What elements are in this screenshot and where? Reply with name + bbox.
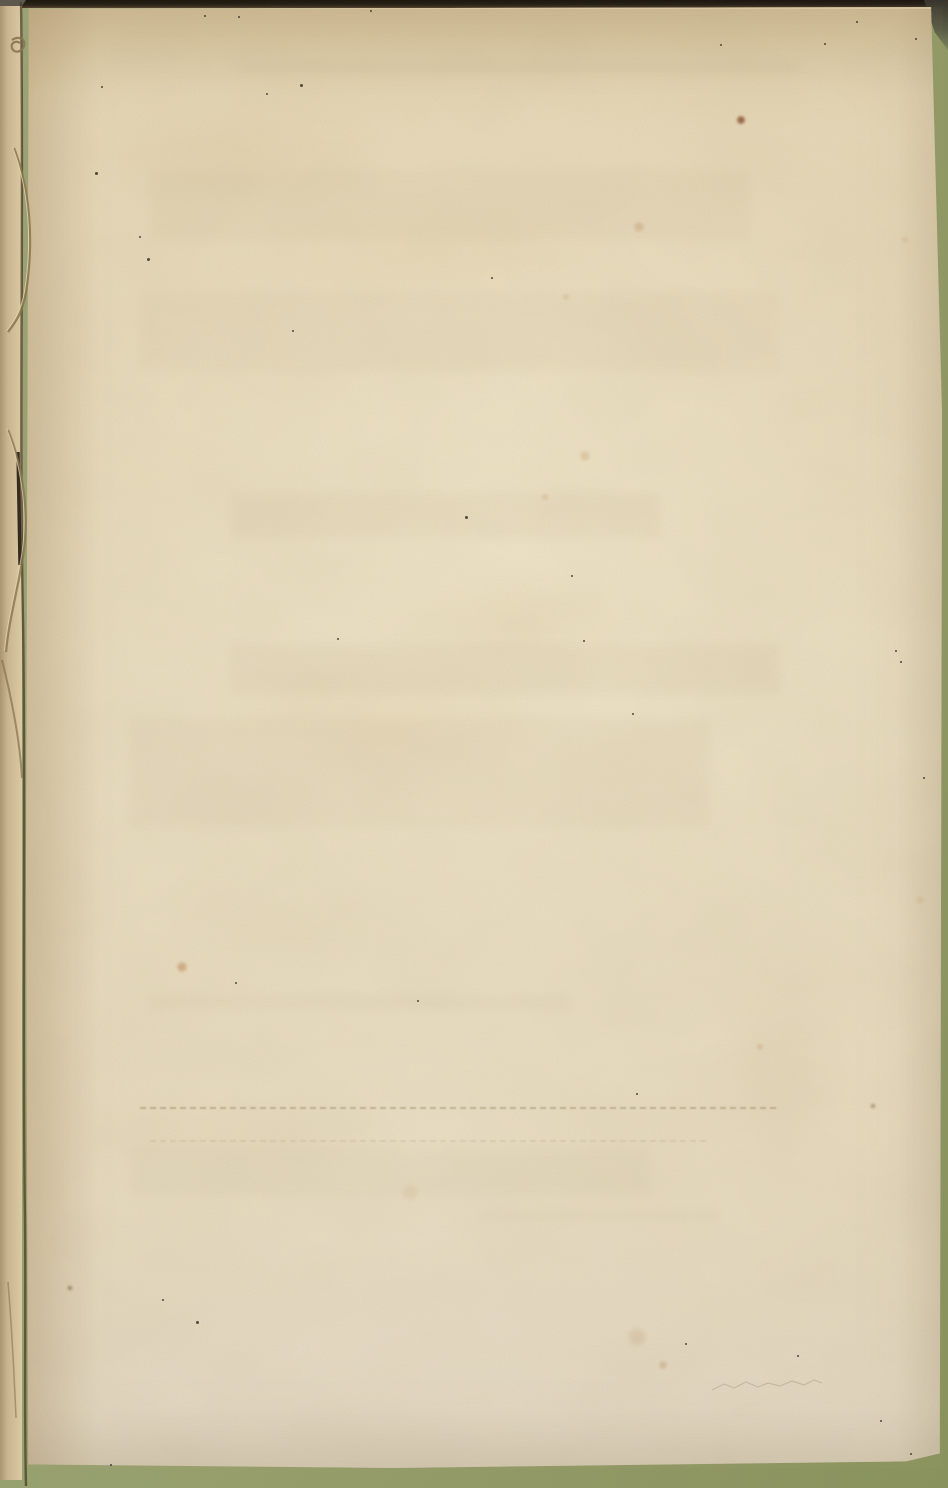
pencil-scribble (710, 1374, 840, 1402)
ink-speck (95, 172, 98, 175)
ink-speck (292, 330, 294, 332)
scanner-bed-background (0, 0, 948, 1488)
scanned-page-image (0, 0, 948, 1488)
foxing-spot (633, 221, 645, 233)
ghost-text-band (140, 292, 780, 372)
ink-speck (900, 661, 902, 663)
ghost-text-band (150, 995, 570, 1009)
ink-speck (204, 15, 206, 17)
foxing-spot (67, 1285, 73, 1291)
ink-speck (162, 1299, 164, 1301)
ink-speck (685, 1343, 687, 1345)
foxing-spot (541, 493, 549, 501)
ink-speck (417, 1000, 419, 1002)
ink-speck (147, 258, 150, 261)
ink-speck (337, 638, 339, 640)
foxing-spot (756, 1043, 764, 1051)
ghost-rule-line (140, 1107, 780, 1109)
paper-stain (720, 950, 860, 1170)
ink-speck (300, 84, 303, 87)
paper-stain (470, 1140, 730, 1220)
ink-speck (196, 1321, 199, 1324)
binding-thread-knot-icon (12, 38, 25, 52)
ghost-text-band (230, 492, 660, 538)
ink-speck (632, 713, 634, 715)
gutter-crease-dark-segment (18, 452, 20, 565)
pencil-scribble-stroke (712, 1380, 822, 1390)
foxing-spot (176, 961, 188, 973)
binding-thread-diagonal (2, 660, 22, 778)
ghost-text-band (480, 1210, 720, 1222)
foxing-spot (579, 450, 591, 462)
foxing-spot (400, 1182, 420, 1202)
ink-speck (895, 650, 897, 652)
ink-speck (101, 86, 103, 88)
binding-thread-upper-loop-highlight (7, 147, 29, 331)
foxing-spot (901, 236, 909, 244)
binding-thread-upper-loop (8, 148, 30, 332)
ink-speck (571, 575, 573, 577)
blank-page (26, 7, 943, 1468)
binding-stub (0, 6, 22, 1480)
ghost-text-band (130, 718, 710, 828)
ink-speck (910, 1453, 912, 1455)
paper-stain (210, 645, 550, 795)
ink-speck (583, 640, 585, 642)
paper-stain (80, 95, 400, 205)
ink-speck (465, 516, 468, 519)
paper-grain-texture (0, 0, 948, 1488)
ghost-text-band (230, 644, 780, 694)
ghost-rule-line (150, 1140, 710, 1142)
ink-speck (880, 1420, 882, 1422)
foxing-spot (562, 293, 570, 301)
ink-speck (110, 1464, 112, 1466)
paper-stain (170, 885, 430, 975)
paper-stain (240, 195, 620, 305)
ink-speck (139, 236, 141, 238)
paper-stain (450, 440, 630, 500)
foxing-spot (736, 115, 746, 125)
ink-speck (923, 777, 925, 779)
binding-gutter (0, 0, 46, 1488)
ink-speck (720, 44, 722, 46)
top-right-cover-corner (924, 0, 948, 50)
ink-speck (636, 1093, 638, 1095)
ink-speck (856, 21, 858, 23)
binding-thread-mid-loop (6, 430, 26, 652)
foxing-spot (870, 1103, 876, 1109)
ink-speck (235, 982, 237, 984)
ghost-text-band (150, 170, 750, 240)
gutter-crease-line (21, 2, 26, 1486)
book-top-edge (0, 0, 948, 8)
paper-stain (360, 575, 680, 665)
foxing-spot (626, 1326, 648, 1348)
foxing-spot (658, 1360, 668, 1370)
binding-thread-mid-loop-highlight (5, 429, 25, 651)
paper-stain (60, 1090, 400, 1170)
ink-speck (491, 277, 493, 279)
foxing-spot (915, 895, 925, 905)
ink-speck (370, 10, 372, 12)
ghost-text-band (240, 62, 800, 72)
ink-speck (797, 1355, 799, 1357)
binding-thread-bottom-fray (8, 1282, 16, 1418)
ink-speck (824, 43, 826, 45)
ink-speck (266, 93, 268, 95)
ink-speck (238, 16, 240, 18)
top-left-notch (0, 0, 26, 12)
ghost-text-band (130, 1146, 650, 1196)
ink-speck (915, 38, 917, 40)
artifact-layer (0, 0, 948, 1488)
